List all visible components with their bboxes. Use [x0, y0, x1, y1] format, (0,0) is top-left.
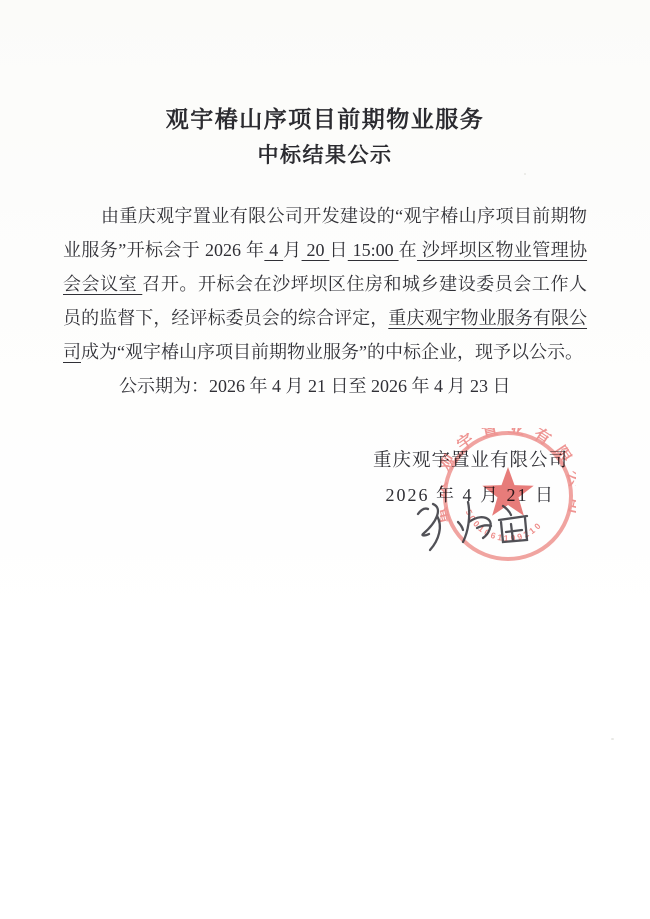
body-paragraph-main: 由重庆观宇置业有限公司开发建设的“观宇椿山序项目前期物业服务”开标会于 2026… [63, 199, 587, 369]
handwritten-signature [413, 492, 541, 554]
notice-period-line: 公示期为：2026 年 4 月 21 日至 2026 年 4 月 23 日 [63, 369, 587, 403]
scan-speckle [357, 147, 360, 150]
scan-speckle [524, 173, 526, 175]
document-title-line1: 观宇椿山序项目前期物业服务 [0, 101, 650, 134]
document-page: 观宇椿山序项目前期物业服务 中标结果公示 由重庆观宇置业有限公司开发建设的“观宇… [0, 0, 650, 919]
text-segment: 月 [283, 240, 301, 260]
text-segment: 在 [399, 240, 417, 260]
scan-speckle [611, 738, 614, 740]
underlined-fill-in: 20 [302, 240, 330, 260]
text-segment: 日 [329, 240, 347, 260]
document-body: 由重庆观宇置业有限公司开发建设的“观宇椿山序项目前期物业服务”开标会于 2026… [63, 199, 587, 403]
underlined-fill-in: 15:00 [348, 240, 399, 260]
document-title-line2: 中标结果公示 [0, 139, 650, 169]
text-segment: 成为“观宇椿山序项目前期物业服务”的中标企业，现予以公示。 [81, 342, 583, 362]
underlined-fill-in: 4 [264, 240, 283, 260]
